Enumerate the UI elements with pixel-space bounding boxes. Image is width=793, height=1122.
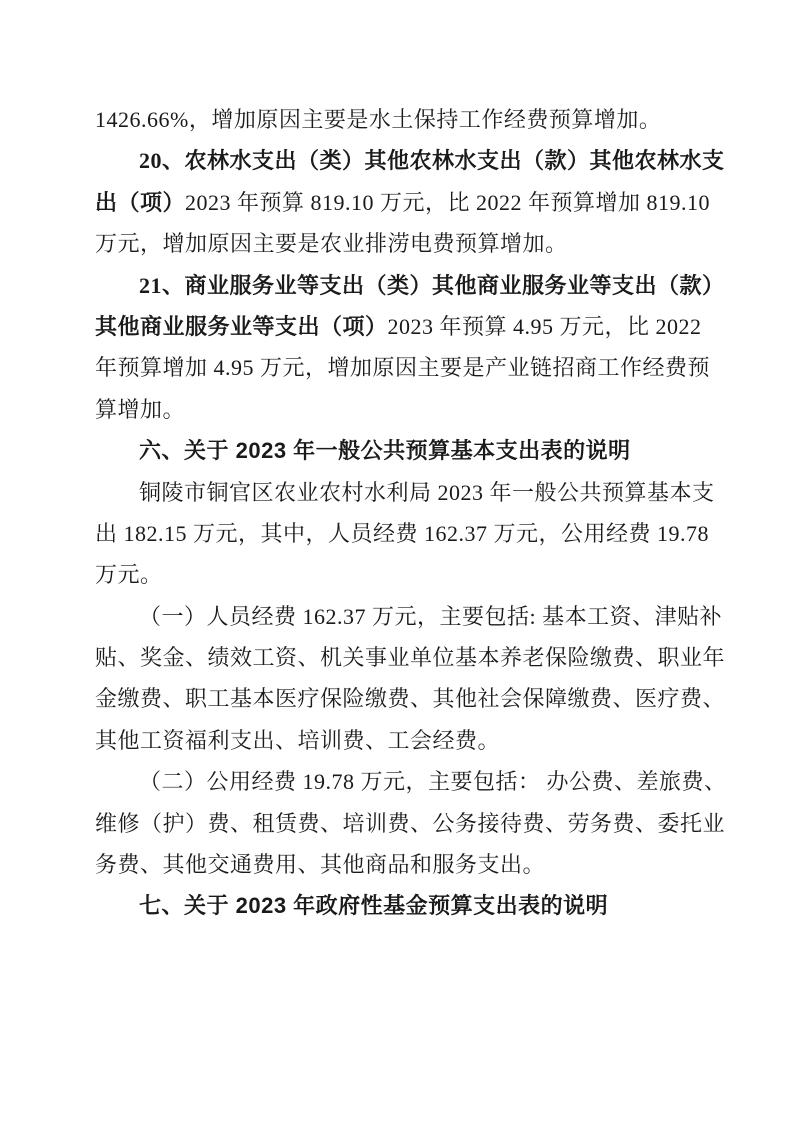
text-line: 21、商业服务业等支出（类）其他商业服务业等支出（款）: [95, 265, 693, 306]
text-line: 20、农林水支出（类）其他农林水支出（款）其他农林水支: [95, 140, 693, 181]
text-segment: 万元，增加原因主要是农业排涝电费预算增加。: [95, 231, 568, 256]
text-segment: 算增加。: [95, 397, 185, 422]
text-line: 算增加。: [95, 389, 693, 430]
bold-text-segment: 六、关于 2023 年一般公共预算基本支出表的说明: [139, 438, 631, 463]
bold-text-segment: 七、关于 2023 年政府性基金预算支出表的说明: [139, 893, 608, 918]
document-text: 1426.66%，增加原因主要是水土保持工作经费预算增加。20、农林水支出（类）…: [95, 99, 693, 927]
text-segment: 2023 年预算 819.10 万元，比 2022 年预算增加 819.10: [185, 190, 710, 215]
text-segment: 铜陵市铜官区农业农村水利局 2023 年一般公共预算基本支: [139, 480, 715, 505]
text-segment: （二）公用经费 19.78 万元，主要包括： 办公费、差旅费、: [139, 769, 727, 794]
bold-text-segment: 21、商业服务业等支出（类）其他商业服务业等支出（款）: [139, 273, 725, 298]
text-line: 1426.66%，增加原因主要是水土保持工作经费预算增加。: [95, 99, 693, 140]
text-line: 维修（护）费、租赁费、培训费、公务接待费、劳务费、委托业: [95, 803, 693, 844]
section-heading: 六、关于 2023 年一般公共预算基本支出表的说明: [95, 430, 693, 471]
text-segment: 年预算增加 4.95 万元，增加原因主要是产业链招商工作经费预: [95, 355, 710, 380]
text-segment: 出 182.15 万元，其中，人员经费 162.37 万元，公用经费 19.78: [95, 521, 709, 546]
section-heading: 七、关于 2023 年政府性基金预算支出表的说明: [95, 885, 693, 926]
text-line: 万元，增加原因主要是农业排涝电费预算增加。: [95, 223, 693, 264]
bold-text-segment: 出（项）: [95, 190, 185, 215]
text-segment: 其他工资福利支出、培训费、工会经费。: [95, 728, 500, 753]
text-line: 出 182.15 万元，其中，人员经费 162.37 万元，公用经费 19.78: [95, 513, 693, 554]
text-segment: 金缴费、职工基本医疗保险缴费、其他社会保障缴费、医疗费、: [95, 686, 725, 711]
text-line: 其他商业服务业等支出（项）2023 年预算 4.95 万元，比 2022: [95, 306, 693, 347]
text-segment: 维修（护）费、租赁费、培训费、公务接待费、劳务费、委托业: [95, 811, 725, 836]
bold-text-segment: 其他商业服务业等支出（项）: [95, 314, 388, 339]
text-segment: 万元。: [95, 562, 163, 587]
text-line: 铜陵市铜官区农业农村水利局 2023 年一般公共预算基本支: [95, 472, 693, 513]
text-line: 贴、奖金、绩效工资、机关事业单位基本养老保险缴费、职业年: [95, 637, 693, 678]
text-segment: （一）人员经费 162.37 万元，主要包括: 基本工资、津贴补: [139, 604, 722, 629]
text-segment: 2023 年预算 4.95 万元，比 2022: [388, 314, 702, 339]
document-page: 1426.66%，增加原因主要是水土保持工作经费预算增加。20、农林水支出（类）…: [0, 0, 793, 1122]
text-line: （一）人员经费 162.37 万元，主要包括: 基本工资、津贴补: [95, 596, 693, 637]
text-line: 其他工资福利支出、培训费、工会经费。: [95, 720, 693, 761]
text-line: （二）公用经费 19.78 万元，主要包括： 办公费、差旅费、: [95, 761, 693, 802]
text-line: 务费、其他交通费用、其他商品和服务支出。: [95, 844, 693, 885]
text-segment: 贴、奖金、绩效工资、机关事业单位基本养老保险缴费、职业年: [95, 645, 725, 670]
text-line: 出（项）2023 年预算 819.10 万元，比 2022 年预算增加 819.…: [95, 182, 693, 223]
text-segment: 务费、其他交通费用、其他商品和服务支出。: [95, 852, 545, 877]
text-line: 万元。: [95, 554, 693, 595]
bold-text-segment: 20、农林水支出（类）其他农林水支出（款）其他农林水支: [139, 148, 725, 173]
text-segment: 1426.66%，增加原因主要是水土保持工作经费预算增加。: [95, 107, 661, 132]
text-line: 年预算增加 4.95 万元，增加原因主要是产业链招商工作经费预: [95, 347, 693, 388]
text-line: 金缴费、职工基本医疗保险缴费、其他社会保障缴费、医疗费、: [95, 678, 693, 719]
